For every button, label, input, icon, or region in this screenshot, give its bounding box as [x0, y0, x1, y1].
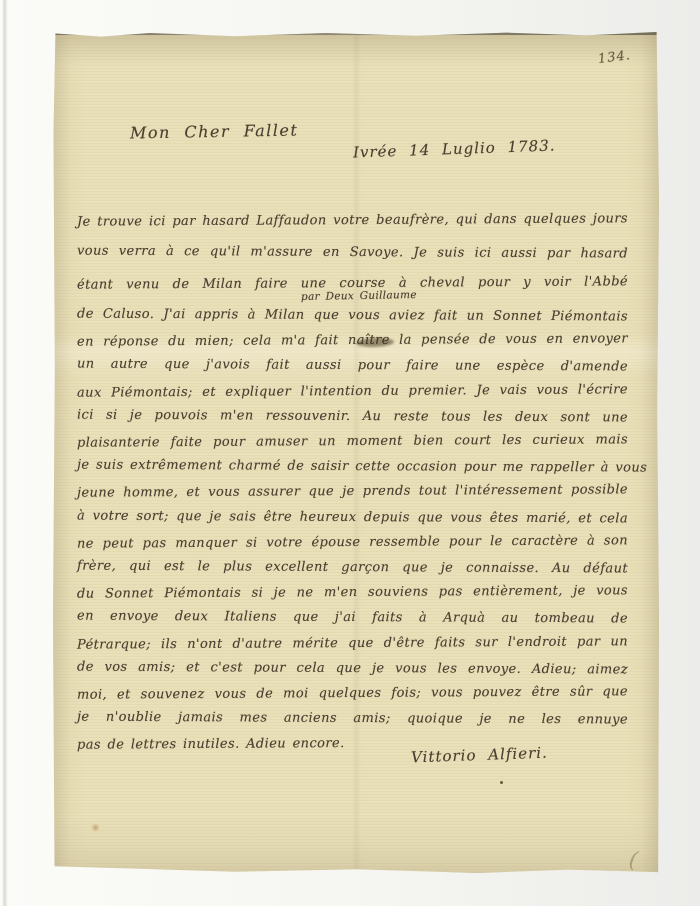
pen-mark-paren: ( [627, 848, 639, 874]
letter-line: de vos amis; et c'est pour cela que je v… [77, 654, 628, 682]
interline-insertion: par Deux Guillaume [301, 289, 417, 303]
letter-line: Pétrarque; ils n'ont d'autre mérite que … [77, 629, 628, 658]
letter-line: vous verra à ce qu'il m'assure en Savoye… [77, 238, 628, 266]
letter-body: Je trouve ici par hasard Laffaudon votre… [77, 208, 628, 756]
letter-line: un autre que j'avois fait aussi pour fai… [77, 352, 628, 380]
letter-line: je suis extrêmement charmé de saisir cet… [77, 453, 628, 481]
salutation: Mon Cher Fallet [130, 121, 299, 143]
letter-line: ici si je pouvois m'en ressouvenir. Au r… [77, 402, 628, 430]
scan-background: 134. Mon Cher Fallet Ivrée 14 Luglio 178… [0, 0, 700, 906]
letter-line: de Caluso. J'ai appris à Milan que vous … [77, 302, 628, 330]
letter-line: en réponse du mien; cela m'a fait naître… [77, 327, 628, 356]
signature: Vittorio Alfieri. [411, 744, 548, 767]
ink-speck [500, 781, 503, 784]
letter-line: jeune homme, et vous assurer que je pren… [77, 478, 628, 507]
paper-top-edge-shadow [53, 32, 659, 35]
letter-line: aux Piémontais; et expliquer l'intention… [77, 377, 628, 406]
letter-line: en envoye deux Italiens que j'ai faits à… [77, 604, 628, 632]
scanner-edge-shadow [2, 0, 8, 906]
folio-number: 134. [597, 48, 632, 67]
letter-line: Je trouve ici par hasard Laffaudon votre… [77, 206, 628, 235]
dateline: Ivrée 14 Luglio 1783. [353, 136, 556, 161]
letter-line: moi, et souvenez vous de moi quelques fo… [77, 679, 628, 708]
letter-line: je n'oublie jamais mes anciens amis; quo… [77, 705, 628, 733]
letter-line: frère, qui est le plus excellent garçon … [77, 553, 628, 581]
letter-line: ne peut pas manquer si votre épouse ress… [77, 528, 628, 557]
letter-line: à votre sort; que je sais être heureux d… [77, 503, 628, 531]
letter-line: du Sonnet Piémontais si je ne m'en souvi… [77, 578, 628, 607]
letter-paper: 134. Mon Cher Fallet Ivrée 14 Luglio 178… [53, 32, 659, 873]
letter-line: plaisanterie faite pour amuser un moment… [77, 427, 628, 456]
